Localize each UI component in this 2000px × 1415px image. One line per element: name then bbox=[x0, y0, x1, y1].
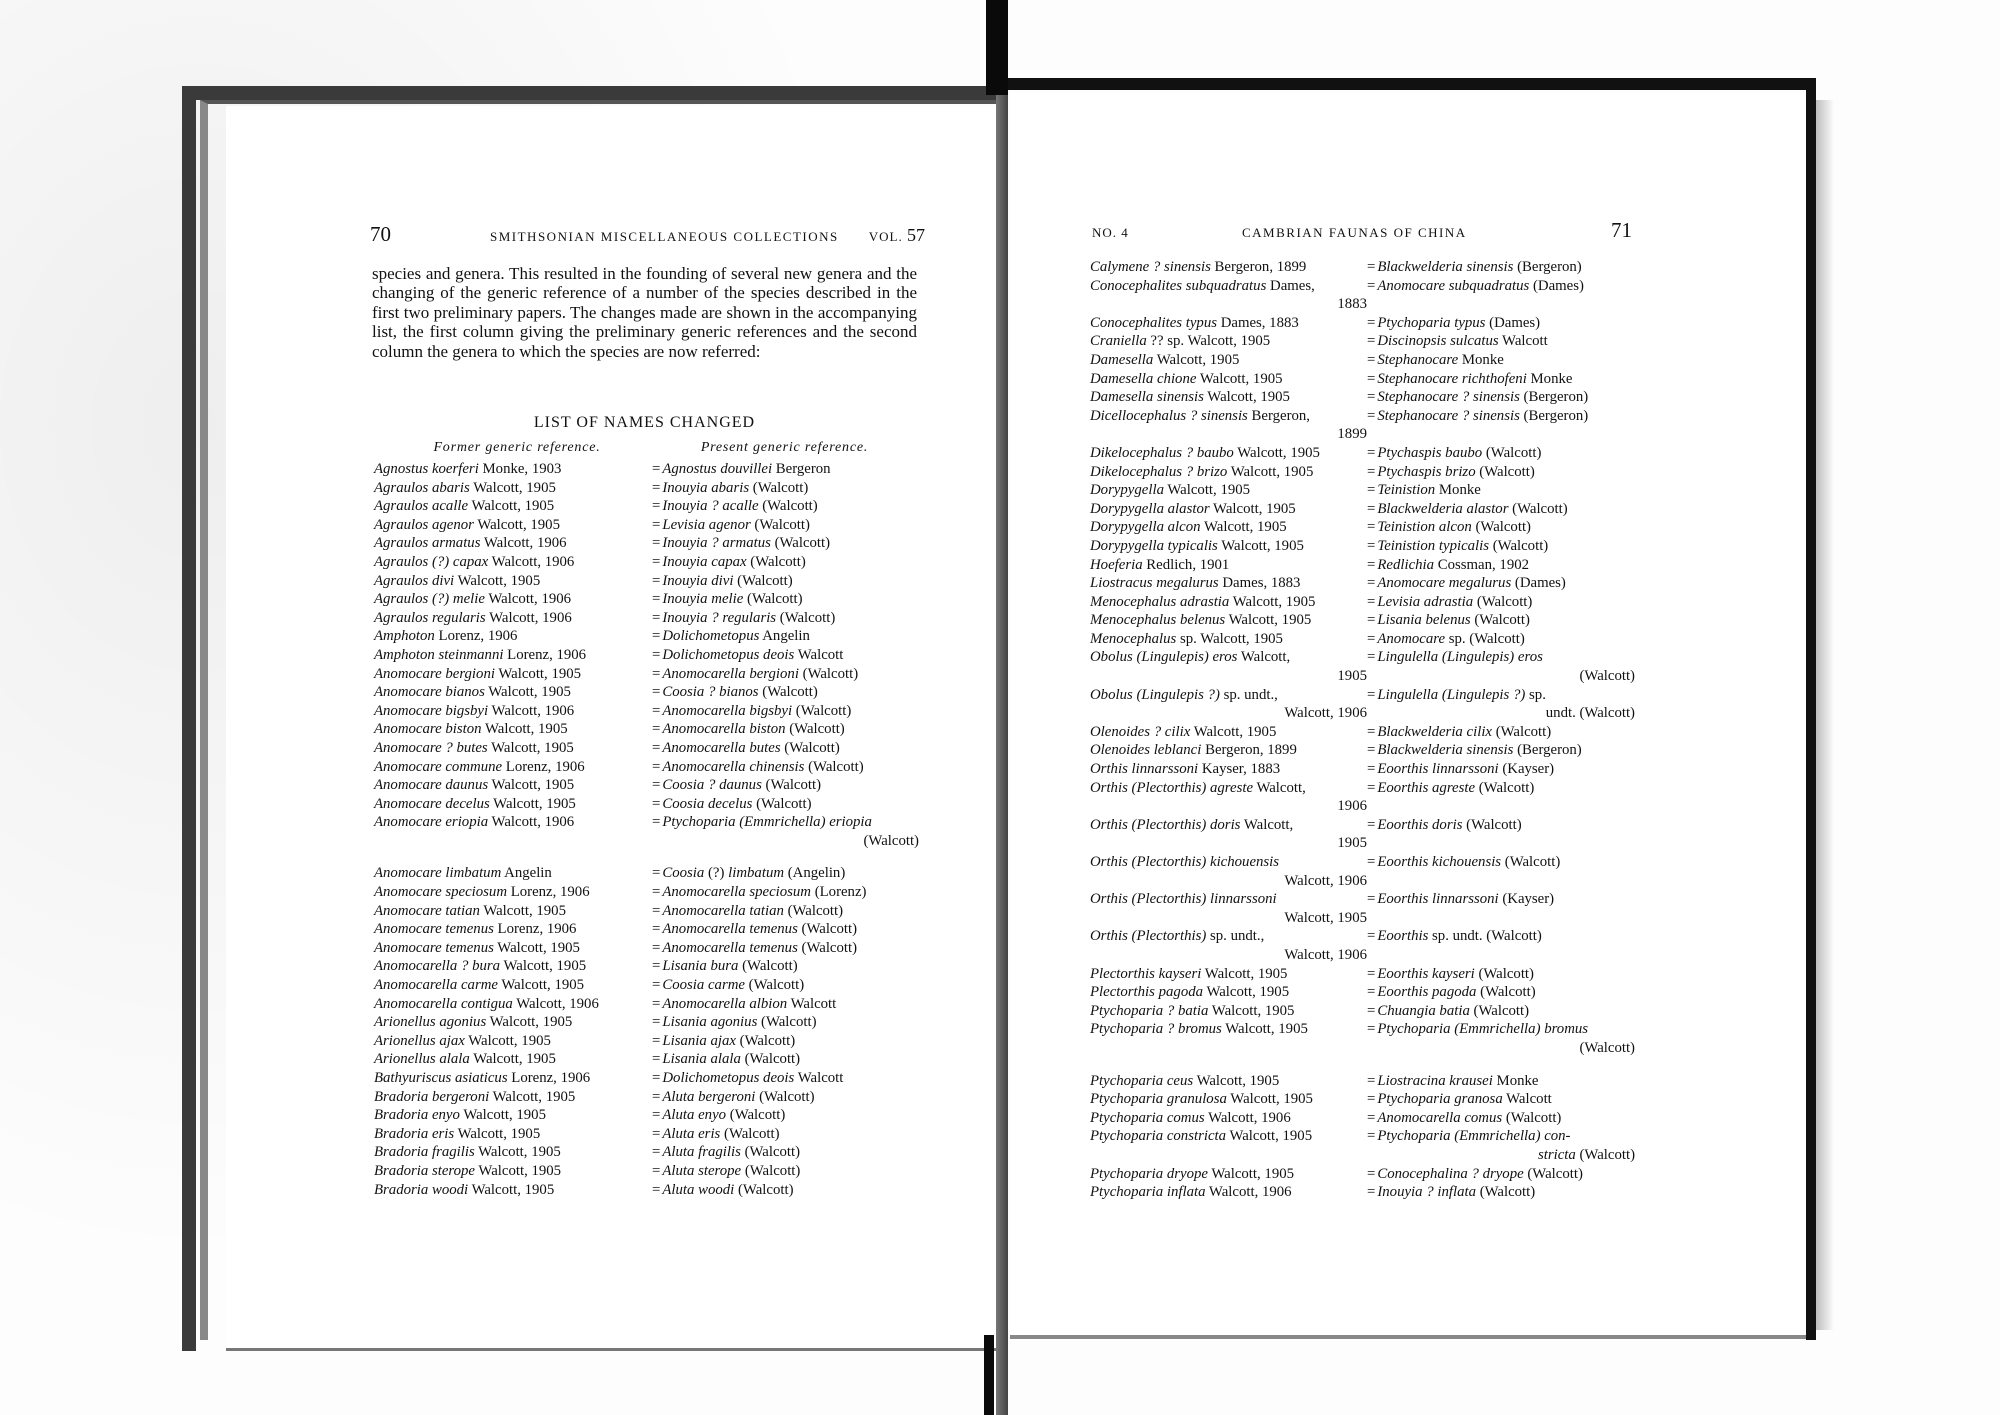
former-name: Arionellus alala Walcott, 1905 bbox=[374, 1050, 652, 1069]
list-item-continuation: 1906 bbox=[1090, 797, 1635, 816]
present-name: Ptychoparia granosa Walcott bbox=[1367, 1090, 1635, 1109]
present-name: Teinistion alcon (Walcott) bbox=[1367, 518, 1635, 537]
former-name-continuation: Walcott, 1905 bbox=[1090, 909, 1367, 928]
present-name: Ptychoparia typus (Dames) bbox=[1367, 314, 1635, 333]
former-name: Anomocare commune Lorenz, 1906 bbox=[374, 758, 652, 777]
former-name: Arionellus agonius Walcott, 1905 bbox=[374, 1013, 652, 1032]
present-name: Aluta woodi (Walcott) bbox=[652, 1181, 919, 1200]
former-name: Agraulos acalle Walcott, 1905 bbox=[374, 497, 652, 516]
former-name-continuation: Walcott, 1906 bbox=[1090, 946, 1367, 965]
present-name: Anomocarella temenus (Walcott) bbox=[652, 920, 919, 939]
former-name-continuation: Walcott, 1906 bbox=[1090, 872, 1367, 891]
present-name: Anomocare megalurus (Dames) bbox=[1367, 574, 1635, 593]
list-gap bbox=[1090, 1058, 1635, 1072]
list-item: Agraulos acalle Walcott, 1905Inouyia ? a… bbox=[374, 497, 919, 516]
former-name: Dorypygella alcon Walcott, 1905 bbox=[1090, 518, 1367, 537]
present-name: Eoorthis doris (Walcott) bbox=[1367, 816, 1635, 835]
list-item: Orthis (Plectorthis) kichouensisEoorthis… bbox=[1090, 853, 1635, 872]
former-column-header: Former generic reference. bbox=[372, 440, 652, 456]
former-name-continuation: 1906 bbox=[1090, 797, 1367, 816]
former-name: Anomocare eriopia Walcott, 1906 bbox=[374, 813, 652, 832]
number-label: NO. 4 bbox=[1092, 225, 1242, 241]
list-item-continuation: Walcott, 1906undt. (Walcott) bbox=[1090, 704, 1635, 723]
names-list-left: Agnostus koerferi Monke, 1903Agnostus do… bbox=[374, 460, 919, 1199]
present-name: Ptychaspis baubo (Walcott) bbox=[1367, 444, 1635, 463]
former-name: Anomocarella ? bura Walcott, 1905 bbox=[374, 957, 652, 976]
present-name: Coosia ? bianos (Walcott) bbox=[652, 683, 919, 702]
present-name: Lingulella (Lingulepis ?) sp. bbox=[1367, 686, 1635, 705]
present-name: Levisia adrastia (Walcott) bbox=[1367, 593, 1635, 612]
former-name: Arionellus ajax Walcott, 1905 bbox=[374, 1032, 652, 1051]
list-item: Anomocare daunus Walcott, 1905Coosia ? d… bbox=[374, 776, 919, 795]
list-item: Agraulos (?) melie Walcott, 1906Inouyia … bbox=[374, 590, 919, 609]
present-name: Inouyia ? armatus (Walcott) bbox=[652, 534, 919, 553]
former-name: Conocephalites subquadratus Dames, bbox=[1090, 277, 1367, 296]
list-item-continuation: Walcott, 1905 bbox=[1090, 909, 1635, 928]
present-column-header: Present generic reference. bbox=[652, 440, 917, 456]
present-name: Blackwelderia sinensis (Bergeron) bbox=[1367, 741, 1635, 760]
former-name: Amphoton steinmanni Lorenz, 1906 bbox=[374, 646, 652, 665]
present-name: Eoorthis linnarssoni (Kayser) bbox=[1367, 890, 1635, 909]
present-name: Aluta bergeroni (Walcott) bbox=[652, 1088, 919, 1107]
former-name: Menocephalus belenus Walcott, 1905 bbox=[1090, 611, 1367, 630]
present-name-continuation bbox=[1367, 425, 1635, 444]
list-item: Calymene ? sinensis Bergeron, 1899Blackw… bbox=[1090, 258, 1635, 277]
present-name: Lisania belenus (Walcott) bbox=[1367, 611, 1635, 630]
present-name: Blackwelderia sinensis (Bergeron) bbox=[1367, 258, 1635, 277]
present-name: Eoorthis agreste (Walcott) bbox=[1367, 779, 1635, 798]
present-name-continuation bbox=[1367, 872, 1635, 891]
present-name: Lisania agonius (Walcott) bbox=[652, 1013, 919, 1032]
page-number: 70 bbox=[370, 222, 490, 247]
present-name-continuation: (Walcott) bbox=[1367, 667, 1635, 686]
former-name: Agraulos armatus Walcott, 1906 bbox=[374, 534, 652, 553]
list-item: Damesella sinensis Walcott, 1905Stephano… bbox=[1090, 388, 1635, 407]
list-item: Anomocare speciosum Lorenz, 1906Anomocar… bbox=[374, 883, 919, 902]
list-gap bbox=[374, 850, 919, 864]
list-item: Ptychoparia granulosa Walcott, 1905Ptych… bbox=[1090, 1090, 1635, 1109]
present-name: Inouyia divi (Walcott) bbox=[652, 572, 919, 591]
former-name: Dikelocephalus ? baubo Walcott, 1905 bbox=[1090, 444, 1367, 463]
list-item-continuation: Walcott, 1906 bbox=[1090, 872, 1635, 891]
list-item: Anomocarella carme Walcott, 1905Coosia c… bbox=[374, 976, 919, 995]
present-name: Liostracina krausei Monke bbox=[1367, 1072, 1635, 1091]
present-name: Dolichometopus deois Walcott bbox=[652, 1069, 919, 1088]
present-name: Coosia decelus (Walcott) bbox=[652, 795, 919, 814]
present-name: Levisia agenor (Walcott) bbox=[652, 516, 919, 535]
present-name: Redlichia Cossman, 1902 bbox=[1367, 556, 1635, 575]
present-name: Coosia (?) limbatum (Angelin) bbox=[652, 864, 919, 883]
present-name: Agnostus douvillei Bergeron bbox=[652, 460, 919, 479]
present-name: Anomocarella albion Walcott bbox=[652, 995, 919, 1014]
former-name-continuation bbox=[374, 832, 652, 851]
former-name-continuation: 1905 bbox=[1090, 834, 1367, 853]
present-name: Anomocarella bigsbyi (Walcott) bbox=[652, 702, 919, 721]
former-name: Orthis (Plectorthis) sp. undt., bbox=[1090, 927, 1367, 946]
former-name: Anomocare biston Walcott, 1905 bbox=[374, 720, 652, 739]
list-item: Dorypygella Walcott, 1905Teinistion Monk… bbox=[1090, 481, 1635, 500]
list-item: Bathyuriscus asiaticus Lorenz, 1906Dolic… bbox=[374, 1069, 919, 1088]
present-name-continuation bbox=[1367, 946, 1635, 965]
present-name: Anomocarella chinensis (Walcott) bbox=[652, 758, 919, 777]
present-name: Aluta fragilis (Walcott) bbox=[652, 1143, 919, 1162]
present-name: Anomocare sp. (Walcott) bbox=[1367, 630, 1635, 649]
list-item: Agraulos divi Walcott, 1905Inouyia divi … bbox=[374, 572, 919, 591]
list-item: Anomocare limbatum AngelinCoosia (?) lim… bbox=[374, 864, 919, 883]
present-name: Inouyia ? inflata (Walcott) bbox=[1367, 1183, 1635, 1202]
present-name: Eoorthis kayseri (Walcott) bbox=[1367, 965, 1635, 984]
present-name: Teinistion typicalis (Walcott) bbox=[1367, 537, 1635, 556]
list-item-continuation: (Walcott) bbox=[374, 832, 919, 851]
list-item: Arionellus ajax Walcott, 1905Lisania aja… bbox=[374, 1032, 919, 1051]
list-item: Ptychoparia ceus Walcott, 1905Liostracin… bbox=[1090, 1072, 1635, 1091]
present-name-continuation: (Walcott) bbox=[1367, 1039, 1635, 1058]
present-name: Aluta eris (Walcott) bbox=[652, 1125, 919, 1144]
list-item: Bradoria fragilis Walcott, 1905Aluta fra… bbox=[374, 1143, 919, 1162]
former-name: Anomocare ? butes Walcott, 1905 bbox=[374, 739, 652, 758]
present-name-continuation: stricta (Walcott) bbox=[1367, 1146, 1635, 1165]
former-name: Orthis (Plectorthis) doris Walcott, bbox=[1090, 816, 1367, 835]
book-spine-bottom bbox=[984, 1335, 994, 1415]
former-name: Ptychoparia ceus Walcott, 1905 bbox=[1090, 1072, 1367, 1091]
former-name: Bradoria enyo Walcott, 1905 bbox=[374, 1106, 652, 1125]
present-name: Lingulella (Lingulepis) eros bbox=[1367, 648, 1635, 667]
list-title: LIST OF NAMES CHANGED bbox=[372, 414, 917, 432]
list-item: Ptychoparia comus Walcott, 1906Anomocare… bbox=[1090, 1109, 1635, 1128]
former-name: Ptychoparia comus Walcott, 1906 bbox=[1090, 1109, 1367, 1128]
former-name: Bradoria bergeroni Walcott, 1905 bbox=[374, 1088, 652, 1107]
list-item: Plectorthis pagoda Walcott, 1905Eoorthis… bbox=[1090, 983, 1635, 1002]
former-name-continuation bbox=[1090, 1146, 1367, 1165]
list-item: Orthis (Plectorthis) linnarssoniEoorthis… bbox=[1090, 890, 1635, 909]
present-name: Blackwelderia cilix (Walcott) bbox=[1367, 723, 1635, 742]
present-name-continuation: undt. (Walcott) bbox=[1367, 704, 1635, 723]
list-item: Dicellocephalus ? sinensis Bergeron,Step… bbox=[1090, 407, 1635, 426]
running-title: CAMBRIAN FAUNAS OF CHINA bbox=[1242, 225, 1592, 241]
list-item: Orthis (Plectorthis) agreste Walcott,Eoo… bbox=[1090, 779, 1635, 798]
list-item: Orthis (Plectorthis) sp. undt.,Eoorthis … bbox=[1090, 927, 1635, 946]
left-running-head: 70 SMITHSONIAN MISCELLANEOUS COLLECTIONS… bbox=[370, 222, 925, 247]
former-name: Ptychoparia dryope Walcott, 1905 bbox=[1090, 1165, 1367, 1184]
list-item: Obolus (Lingulepis) eros Walcott,Lingule… bbox=[1090, 648, 1635, 667]
list-item-continuation: 1883 bbox=[1090, 295, 1635, 314]
list-item: Anomocare decelus Walcott, 1905Coosia de… bbox=[374, 795, 919, 814]
present-name: Aluta enyo (Walcott) bbox=[652, 1106, 919, 1125]
list-item: Anomocare bianos Walcott, 1905Coosia ? b… bbox=[374, 683, 919, 702]
present-name: Eoorthis linnarssoni (Kayser) bbox=[1367, 760, 1635, 779]
list-item: Agraulos regularis Walcott, 1906Inouyia … bbox=[374, 609, 919, 628]
list-item: Orthis (Plectorthis) doris Walcott,Eoort… bbox=[1090, 816, 1635, 835]
present-name: Stephanocare ? sinensis (Bergeron) bbox=[1367, 388, 1635, 407]
present-name: Ptychaspis brizo (Walcott) bbox=[1367, 463, 1635, 482]
list-item: Ptychoparia constricta Walcott, 1905Ptyc… bbox=[1090, 1127, 1635, 1146]
intro-paragraph: species and genera. This resulted in the… bbox=[372, 264, 917, 361]
former-name: Ptychoparia constricta Walcott, 1905 bbox=[1090, 1127, 1367, 1146]
present-name: Eoorthis sp. undt. (Walcott) bbox=[1367, 927, 1635, 946]
list-item: Ptychoparia inflata Walcott, 1906Inouyia… bbox=[1090, 1183, 1635, 1202]
list-item: Ptychoparia ? bromus Walcott, 1905Ptycho… bbox=[1090, 1020, 1635, 1039]
present-name: Dolichometopus deois Walcott bbox=[652, 646, 919, 665]
present-name: Discinopsis sulcatus Walcott bbox=[1367, 332, 1635, 351]
present-name: Anomocare subquadratus (Dames) bbox=[1367, 277, 1635, 296]
names-list-right: Calymene ? sinensis Bergeron, 1899Blackw… bbox=[1090, 258, 1635, 1202]
present-name-continuation bbox=[1367, 797, 1635, 816]
list-item: Damesella chione Walcott, 1905Stephanoca… bbox=[1090, 370, 1635, 389]
list-item: Anomocare temenus Lorenz, 1906Anomocarel… bbox=[374, 920, 919, 939]
list-item: Arionellus alala Walcott, 1905Lisania al… bbox=[374, 1050, 919, 1069]
list-item: Anomocarella ? bura Walcott, 1905Lisania… bbox=[374, 957, 919, 976]
former-name: Agraulos divi Walcott, 1905 bbox=[374, 572, 652, 591]
former-name: Anomocare bigsbyi Walcott, 1906 bbox=[374, 702, 652, 721]
volume-label-text: VOL. bbox=[869, 229, 903, 244]
former-name: Anomocare temenus Lorenz, 1906 bbox=[374, 920, 652, 939]
volume-label: VOL. 57 bbox=[869, 225, 925, 246]
former-name: Ptychoparia inflata Walcott, 1906 bbox=[1090, 1183, 1367, 1202]
present-name: Chuangia batia (Walcott) bbox=[1367, 1002, 1635, 1021]
list-item: Anomocare ? butes Walcott, 1905Anomocare… bbox=[374, 739, 919, 758]
former-name: Dorypygella alastor Walcott, 1905 bbox=[1090, 500, 1367, 519]
present-name: Inouyia capax (Walcott) bbox=[652, 553, 919, 572]
former-name: Obolus (Lingulepis ?) sp. undt., bbox=[1090, 686, 1367, 705]
list-item: Damesella Walcott, 1905Stephanocare Monk… bbox=[1090, 351, 1635, 370]
former-name: Plectorthis kayseri Walcott, 1905 bbox=[1090, 965, 1367, 984]
former-name-continuation: 1905 bbox=[1090, 667, 1367, 686]
former-name: Anomocare bergioni Walcott, 1905 bbox=[374, 665, 652, 684]
former-name: Damesella chione Walcott, 1905 bbox=[1090, 370, 1367, 389]
list-item-continuation: Walcott, 1906 bbox=[1090, 946, 1635, 965]
list-item: Agraulos agenor Walcott, 1905Levisia age… bbox=[374, 516, 919, 535]
former-name: Anomocare temenus Walcott, 1905 bbox=[374, 939, 652, 958]
present-name: Anomocarella tatian (Walcott) bbox=[652, 902, 919, 921]
list-item: Bradoria enyo Walcott, 1905Aluta enyo (W… bbox=[374, 1106, 919, 1125]
former-name: Bathyuriscus asiaticus Lorenz, 1906 bbox=[374, 1069, 652, 1088]
present-name: Dolichometopus Angelin bbox=[652, 627, 919, 646]
present-name: Inouyia ? acalle (Walcott) bbox=[652, 497, 919, 516]
former-name: Conocephalites typus Dames, 1883 bbox=[1090, 314, 1367, 333]
list-item: Dorypygella alcon Walcott, 1905Teinistio… bbox=[1090, 518, 1635, 537]
book-spine-gutter bbox=[996, 95, 1008, 1415]
former-name-continuation: 1899 bbox=[1090, 425, 1367, 444]
list-item: Obolus (Lingulepis ?) sp. undt.,Lingulel… bbox=[1090, 686, 1635, 705]
former-name: Bradoria sterope Walcott, 1905 bbox=[374, 1162, 652, 1181]
present-name: Stephanocare richthofeni Monke bbox=[1367, 370, 1635, 389]
present-name-continuation bbox=[1367, 834, 1635, 853]
list-item: Agraulos abaris Walcott, 1905Inouyia aba… bbox=[374, 479, 919, 498]
present-name-continuation: (Walcott) bbox=[652, 832, 919, 851]
present-name: Eoorthis kichouensis (Walcott) bbox=[1367, 853, 1635, 872]
present-name: Anomocarella bergioni (Walcott) bbox=[652, 665, 919, 684]
present-name: Anomocarella temenus (Walcott) bbox=[652, 939, 919, 958]
former-name: Dikelocephalus ? brizo Walcott, 1905 bbox=[1090, 463, 1367, 482]
present-name: Teinistion Monke bbox=[1367, 481, 1635, 500]
list-item: Arionellus agonius Walcott, 1905Lisania … bbox=[374, 1013, 919, 1032]
former-name: Dorypygella Walcott, 1905 bbox=[1090, 481, 1367, 500]
present-name: Lisania alala (Walcott) bbox=[652, 1050, 919, 1069]
list-item: Menocephalus sp. Walcott, 1905Anomocare … bbox=[1090, 630, 1635, 649]
page-number: 71 bbox=[1592, 218, 1632, 243]
list-item-continuation: 1905 bbox=[1090, 834, 1635, 853]
former-name-continuation: Walcott, 1906 bbox=[1090, 704, 1367, 723]
former-name: Craniella ?? sp. Walcott, 1905 bbox=[1090, 332, 1367, 351]
former-name: Bradoria eris Walcott, 1905 bbox=[374, 1125, 652, 1144]
former-name: Bradoria fragilis Walcott, 1905 bbox=[374, 1143, 652, 1162]
list-item-continuation: (Walcott) bbox=[1090, 1039, 1635, 1058]
present-name: Lisania bura (Walcott) bbox=[652, 957, 919, 976]
former-name: Agnostus koerferi Monke, 1903 bbox=[374, 460, 652, 479]
former-name: Bradoria woodi Walcott, 1905 bbox=[374, 1181, 652, 1200]
list-item: Dorypygella alastor Walcott, 1905Blackwe… bbox=[1090, 500, 1635, 519]
list-item: Hoeferia Redlich, 1901Redlichia Cossman,… bbox=[1090, 556, 1635, 575]
list-item: Plectorthis kayseri Walcott, 1905Eoorthi… bbox=[1090, 965, 1635, 984]
former-name: Agraulos agenor Walcott, 1905 bbox=[374, 516, 652, 535]
list-item-continuation: 1899 bbox=[1090, 425, 1635, 444]
present-name: Anomocarella butes (Walcott) bbox=[652, 739, 919, 758]
list-item: Anomocare tatian Walcott, 1905Anomocarel… bbox=[374, 902, 919, 921]
former-name-continuation: 1883 bbox=[1090, 295, 1367, 314]
list-item: Menocephalus belenus Walcott, 1905Lisani… bbox=[1090, 611, 1635, 630]
present-name: Stephanocare Monke bbox=[1367, 351, 1635, 370]
present-name: Coosia ? daunus (Walcott) bbox=[652, 776, 919, 795]
present-name: Anomocarella speciosum (Lorenz) bbox=[652, 883, 919, 902]
former-name: Damesella sinensis Walcott, 1905 bbox=[1090, 388, 1367, 407]
present-name-continuation bbox=[1367, 909, 1635, 928]
former-name: Menocephalus adrastia Walcott, 1905 bbox=[1090, 593, 1367, 612]
former-name: Olenoides leblanci Bergeron, 1899 bbox=[1090, 741, 1367, 760]
former-name: Anomocare bianos Walcott, 1905 bbox=[374, 683, 652, 702]
list-item: Conocephalites typus Dames, 1883Ptychopa… bbox=[1090, 314, 1635, 333]
former-name: Anomocare speciosum Lorenz, 1906 bbox=[374, 883, 652, 902]
former-name: Agraulos (?) capax Walcott, 1906 bbox=[374, 553, 652, 572]
former-name: Menocephalus sp. Walcott, 1905 bbox=[1090, 630, 1367, 649]
list-item: Anomocare eriopia Walcott, 1906Ptychopar… bbox=[374, 813, 919, 832]
former-name-continuation bbox=[1090, 1039, 1367, 1058]
present-name: Inouyia melie (Walcott) bbox=[652, 590, 919, 609]
list-item: Liostracus megalurus Dames, 1883Anomocar… bbox=[1090, 574, 1635, 593]
present-name: Ptychoparia (Emmrichella) bromus bbox=[1367, 1020, 1635, 1039]
former-name: Anomocare decelus Walcott, 1905 bbox=[374, 795, 652, 814]
former-name: Orthis (Plectorthis) linnarssoni bbox=[1090, 890, 1367, 909]
former-name: Orthis (Plectorthis) kichouensis bbox=[1090, 853, 1367, 872]
list-item: Agnostus koerferi Monke, 1903Agnostus do… bbox=[374, 460, 919, 479]
list-item: Anomocare commune Lorenz, 1906Anomocarel… bbox=[374, 758, 919, 777]
present-name-continuation bbox=[1367, 295, 1635, 314]
list-item: Olenoides ? cilix Walcott, 1905Blackweld… bbox=[1090, 723, 1635, 742]
former-name: Agraulos (?) melie Walcott, 1906 bbox=[374, 590, 652, 609]
book-spine-top bbox=[986, 0, 1008, 95]
present-name: Ptychoparia (Emmrichella) con- bbox=[1367, 1127, 1635, 1146]
present-name: Lisania ajax (Walcott) bbox=[652, 1032, 919, 1051]
former-name: Ptychoparia ? batia Walcott, 1905 bbox=[1090, 1002, 1367, 1021]
former-name: Amphoton Lorenz, 1906 bbox=[374, 627, 652, 646]
list-item: Anomocare biston Walcott, 1905Anomocarel… bbox=[374, 720, 919, 739]
column-headers: Former generic reference. Present generi… bbox=[372, 440, 917, 456]
former-name: Anomocare limbatum Angelin bbox=[374, 864, 652, 883]
list-item: Anomocarella contigua Walcott, 1906Anomo… bbox=[374, 995, 919, 1014]
former-name: Dorypygella typicalis Walcott, 1905 bbox=[1090, 537, 1367, 556]
present-name: Eoorthis pagoda (Walcott) bbox=[1367, 983, 1635, 1002]
list-item-continuation: 1905(Walcott) bbox=[1090, 667, 1635, 686]
former-name: Ptychoparia ? bromus Walcott, 1905 bbox=[1090, 1020, 1367, 1039]
volume-number: 57 bbox=[907, 225, 925, 245]
list-item: Craniella ?? sp. Walcott, 1905Discinopsi… bbox=[1090, 332, 1635, 351]
present-name: Coosia carme (Walcott) bbox=[652, 976, 919, 995]
list-item: Anomocare bigsbyi Walcott, 1906Anomocare… bbox=[374, 702, 919, 721]
list-item: Agraulos (?) capax Walcott, 1906Inouyia … bbox=[374, 553, 919, 572]
list-item: Ptychoparia dryope Walcott, 1905Conoceph… bbox=[1090, 1165, 1635, 1184]
former-name: Damesella Walcott, 1905 bbox=[1090, 351, 1367, 370]
list-item: Agraulos armatus Walcott, 1906Inouyia ? … bbox=[374, 534, 919, 553]
list-item: Orthis linnarssoni Kayser, 1883Eoorthis … bbox=[1090, 760, 1635, 779]
list-item: Amphoton steinmanni Lorenz, 1906Dolichom… bbox=[374, 646, 919, 665]
present-name: Stephanocare ? sinensis (Bergeron) bbox=[1367, 407, 1635, 426]
former-name: Dicellocephalus ? sinensis Bergeron, bbox=[1090, 407, 1367, 426]
former-name: Orthis (Plectorthis) agreste Walcott, bbox=[1090, 779, 1367, 798]
list-item: Anomocare temenus Walcott, 1905Anomocare… bbox=[374, 939, 919, 958]
list-item: Olenoides leblanci Bergeron, 1899Blackwe… bbox=[1090, 741, 1635, 760]
running-title: SMITHSONIAN MISCELLANEOUS COLLECTIONS bbox=[490, 229, 869, 245]
former-name: Agraulos abaris Walcott, 1905 bbox=[374, 479, 652, 498]
present-name: Ptychoparia (Emmrichella) eriopia bbox=[652, 813, 919, 832]
list-item: Ptychoparia ? batia Walcott, 1905Chuangi… bbox=[1090, 1002, 1635, 1021]
right-running-head: NO. 4 CAMBRIAN FAUNAS OF CHINA 71 bbox=[1092, 218, 1632, 243]
present-name: Anomocarella biston (Walcott) bbox=[652, 720, 919, 739]
former-name: Ptychoparia granulosa Walcott, 1905 bbox=[1090, 1090, 1367, 1109]
list-item: Amphoton Lorenz, 1906Dolichometopus Ange… bbox=[374, 627, 919, 646]
former-name: Anomocare tatian Walcott, 1905 bbox=[374, 902, 652, 921]
former-name: Obolus (Lingulepis) eros Walcott, bbox=[1090, 648, 1367, 667]
list-item: Dorypygella typicalis Walcott, 1905Teini… bbox=[1090, 537, 1635, 556]
former-name: Anomocarella carme Walcott, 1905 bbox=[374, 976, 652, 995]
present-name: Inouyia ? regularis (Walcott) bbox=[652, 609, 919, 628]
list-item-continuation: stricta (Walcott) bbox=[1090, 1146, 1635, 1165]
present-name: Aluta sterope (Walcott) bbox=[652, 1162, 919, 1181]
list-item: Conocephalites subquadratus Dames,Anomoc… bbox=[1090, 277, 1635, 296]
former-name: Calymene ? sinensis Bergeron, 1899 bbox=[1090, 258, 1367, 277]
list-item: Bradoria bergeroni Walcott, 1905Aluta be… bbox=[374, 1088, 919, 1107]
former-name: Plectorthis pagoda Walcott, 1905 bbox=[1090, 983, 1367, 1002]
former-name: Olenoides ? cilix Walcott, 1905 bbox=[1090, 723, 1367, 742]
present-name: Conocephalina ? dryope (Walcott) bbox=[1367, 1165, 1635, 1184]
former-name: Agraulos regularis Walcott, 1906 bbox=[374, 609, 652, 628]
list-item: Bradoria woodi Walcott, 1905Aluta woodi … bbox=[374, 1181, 919, 1200]
present-name: Inouyia abaris (Walcott) bbox=[652, 479, 919, 498]
list-item: Dikelocephalus ? baubo Walcott, 1905Ptyc… bbox=[1090, 444, 1635, 463]
former-name: Orthis linnarssoni Kayser, 1883 bbox=[1090, 760, 1367, 779]
list-item: Menocephalus adrastia Walcott, 1905Levis… bbox=[1090, 593, 1635, 612]
present-name: Blackwelderia alastor (Walcott) bbox=[1367, 500, 1635, 519]
former-name: Hoeferia Redlich, 1901 bbox=[1090, 556, 1367, 575]
list-item: Bradoria sterope Walcott, 1905Aluta ster… bbox=[374, 1162, 919, 1181]
former-name: Liostracus megalurus Dames, 1883 bbox=[1090, 574, 1367, 593]
book-cover-shadow bbox=[1816, 100, 1834, 1330]
list-item: Dikelocephalus ? brizo Walcott, 1905Ptyc… bbox=[1090, 463, 1635, 482]
former-name: Anomocarella contigua Walcott, 1906 bbox=[374, 995, 652, 1014]
list-item: Bradoria eris Walcott, 1905Aluta eris (W… bbox=[374, 1125, 919, 1144]
former-name: Anomocare daunus Walcott, 1905 bbox=[374, 776, 652, 795]
list-item: Anomocare bergioni Walcott, 1905Anomocar… bbox=[374, 665, 919, 684]
present-name: Anomocarella comus (Walcott) bbox=[1367, 1109, 1635, 1128]
